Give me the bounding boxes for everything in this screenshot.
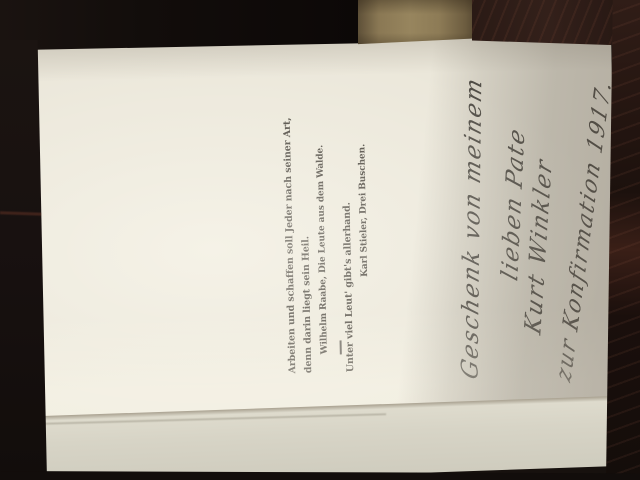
book-page: Arbeiten und schaffen soll Jeder nach se… — [36, 31, 619, 423]
dedication-line: Geschenk von meinem — [457, 74, 487, 383]
quote-separator-rule — [340, 340, 342, 354]
handwritten-dedication: Geschenk von meinem lieben Pate Kurt Win… — [451, 75, 636, 385]
printed-epigraph: Arbeiten und schaffen soll Jeder nach se… — [280, 132, 381, 374]
book-photograph: Arbeiten und schaffen soll Jeder nach se… — [0, 0, 640, 480]
leather-crease — [0, 211, 44, 216]
dedication-date-line: zur Konfirmation 1917. — [552, 75, 617, 386]
